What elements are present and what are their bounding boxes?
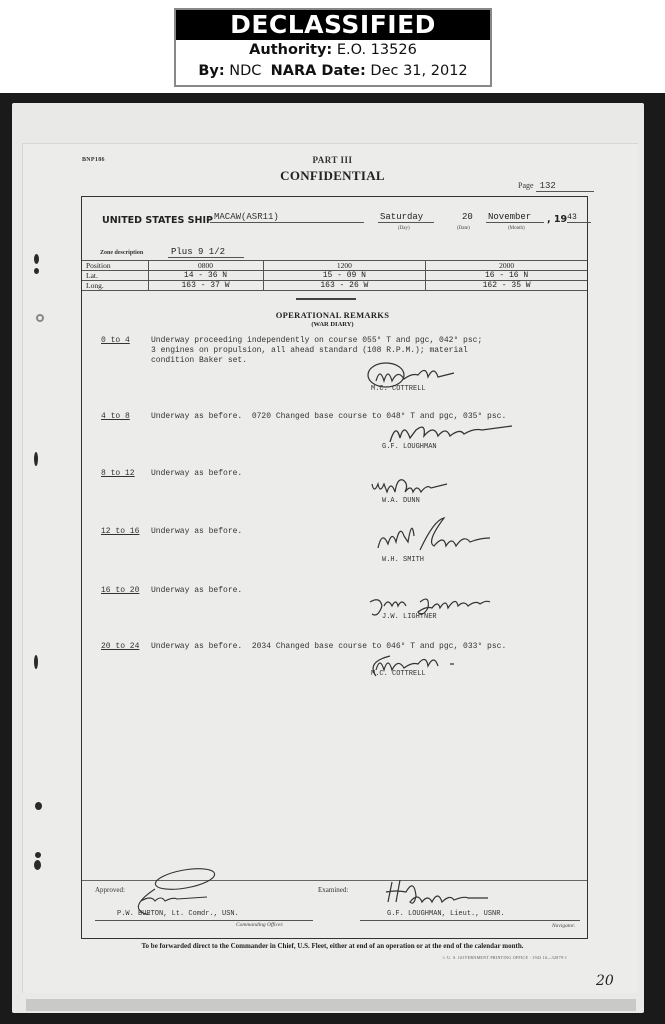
- forwarding-note: To be forwarded direct to the Commander …: [0, 942, 665, 950]
- binder-hole-icon: [34, 860, 41, 870]
- binder-hole-icon: [34, 268, 39, 274]
- signature-icon: [115, 865, 225, 915]
- table-cell: 15 - 09 N: [263, 271, 426, 281]
- signature-icon: [368, 470, 458, 498]
- binder-hole-icon: [34, 254, 39, 264]
- remarks-title: OPERATIONAL REMARKS: [0, 310, 665, 320]
- signer-name: J.W. LIGHTNER: [382, 613, 437, 621]
- stamp-by: By: NDC NARA Date: Dec 31, 2012: [176, 61, 490, 82]
- stamp-authority: Authority: E.O. 13526: [176, 40, 490, 61]
- signer-name: G.F. LOUGHMAN: [382, 443, 437, 451]
- declassified-stamp: DECLASSIFIED Authority: E.O. 13526 By: N…: [174, 8, 492, 87]
- table-header: 1200: [263, 261, 426, 271]
- signer-name: M.C. COTTRELL: [371, 385, 426, 393]
- signature-icon: [378, 876, 508, 906]
- binder-hole-icon: [35, 802, 42, 810]
- examined-label: Examined:: [318, 886, 348, 894]
- authority-value: E.O. 13526: [337, 42, 417, 58]
- table-row: Long. 163 - 37 W 163 - 26 W 162 - 35 W: [82, 281, 587, 291]
- zone-value: Plus 9 1/2: [168, 247, 244, 258]
- table-cell: 162 - 35 W: [426, 281, 587, 291]
- table-header: 0800: [148, 261, 263, 271]
- divider: [296, 298, 356, 300]
- binder-hole-icon: [34, 452, 38, 466]
- table-header: 2000: [426, 261, 587, 271]
- examined-underline: [360, 920, 580, 921]
- watch-label: 8 to 12: [101, 469, 135, 478]
- table-cell: 14 - 36 N: [148, 271, 263, 281]
- table-row: Lat. 14 - 36 N 15 - 09 N 16 - 16 N: [82, 271, 587, 281]
- table-header-row: Position 0800 1200 2000: [82, 261, 587, 271]
- watch-label: 0 to 4: [101, 336, 130, 345]
- month-caption: (Month): [508, 226, 525, 231]
- nara-label: NARA Date:: [271, 63, 366, 79]
- year-suffix: 43: [567, 213, 591, 223]
- page-number: 132: [536, 181, 594, 192]
- zone-label: Zone description: [100, 250, 143, 256]
- approved-name: P.W. BURTON, Lt. Comdr., USN.: [117, 910, 239, 918]
- ship-label: UNITED STATES SHIP: [102, 215, 213, 226]
- ship-day: Saturday: [378, 212, 434, 223]
- date-caption: (Date): [457, 226, 470, 231]
- ship-year: , 1943: [547, 213, 591, 225]
- table-cell: 16 - 16 N: [426, 271, 587, 281]
- by-label: By:: [198, 63, 224, 79]
- nara-value: Dec 31, 2012: [370, 63, 467, 79]
- page-label: Page: [518, 181, 534, 190]
- table-cell: 163 - 37 W: [148, 281, 263, 291]
- watch-label: 20 to 24: [101, 642, 139, 651]
- row-label: Long.: [82, 281, 148, 291]
- log-frame: [81, 196, 588, 939]
- year-prefix: , 19: [547, 214, 567, 225]
- row-label: Lat.: [82, 271, 148, 281]
- ship-name: MACAW(ASR11): [210, 212, 364, 223]
- entry-text: Underway proceeding independently on cou…: [151, 336, 551, 366]
- signer-name: W.H. SMITH: [382, 556, 424, 564]
- watch-label: 4 to 8: [101, 412, 130, 421]
- approved-underline: [95, 920, 313, 921]
- ship-month: November: [486, 212, 544, 223]
- examined-name: G.F. LOUGHMAN, Lieut., USNR.: [387, 910, 505, 918]
- part-heading: PART III: [0, 155, 665, 165]
- remarks-subtitle: (WAR DIARY): [0, 321, 665, 328]
- by-value: NDC: [229, 63, 261, 79]
- watch-label: 12 to 16: [101, 527, 139, 536]
- entry-text: Underway as before. 2034 Changed base co…: [151, 642, 551, 652]
- table-cell: 163 - 26 W: [263, 281, 426, 291]
- binder-hole-icon: [35, 852, 41, 858]
- authority-label: Authority:: [249, 42, 332, 58]
- entry-text: Underway as before.: [151, 469, 551, 479]
- printing-office-note: ☆ U. S. GOVERNMENT PRINTING OFFICE : 194…: [442, 955, 567, 960]
- approved-caption: Commanding Officer.: [236, 922, 283, 928]
- examined-caption: Navigator.: [552, 923, 575, 929]
- signer-name: W.A. DUNN: [382, 497, 420, 505]
- signer-name: M.C. COTTRELL: [371, 670, 426, 678]
- ship-date: 20: [462, 212, 484, 222]
- table-header: Position: [82, 261, 148, 271]
- position-table: Position 0800 1200 2000 Lat. 14 - 36 N 1…: [82, 260, 587, 291]
- page-number-field: Page 132: [518, 181, 594, 192]
- watch-label: 16 to 20: [101, 586, 139, 595]
- signature-icon: [370, 510, 520, 558]
- binder-hole-icon: [34, 655, 38, 669]
- stamp-title: DECLASSIFIED: [176, 10, 490, 40]
- day-caption: (Day): [398, 226, 410, 231]
- handwritten-number: 20: [596, 973, 614, 989]
- paper-bottom-edge: [26, 999, 636, 1011]
